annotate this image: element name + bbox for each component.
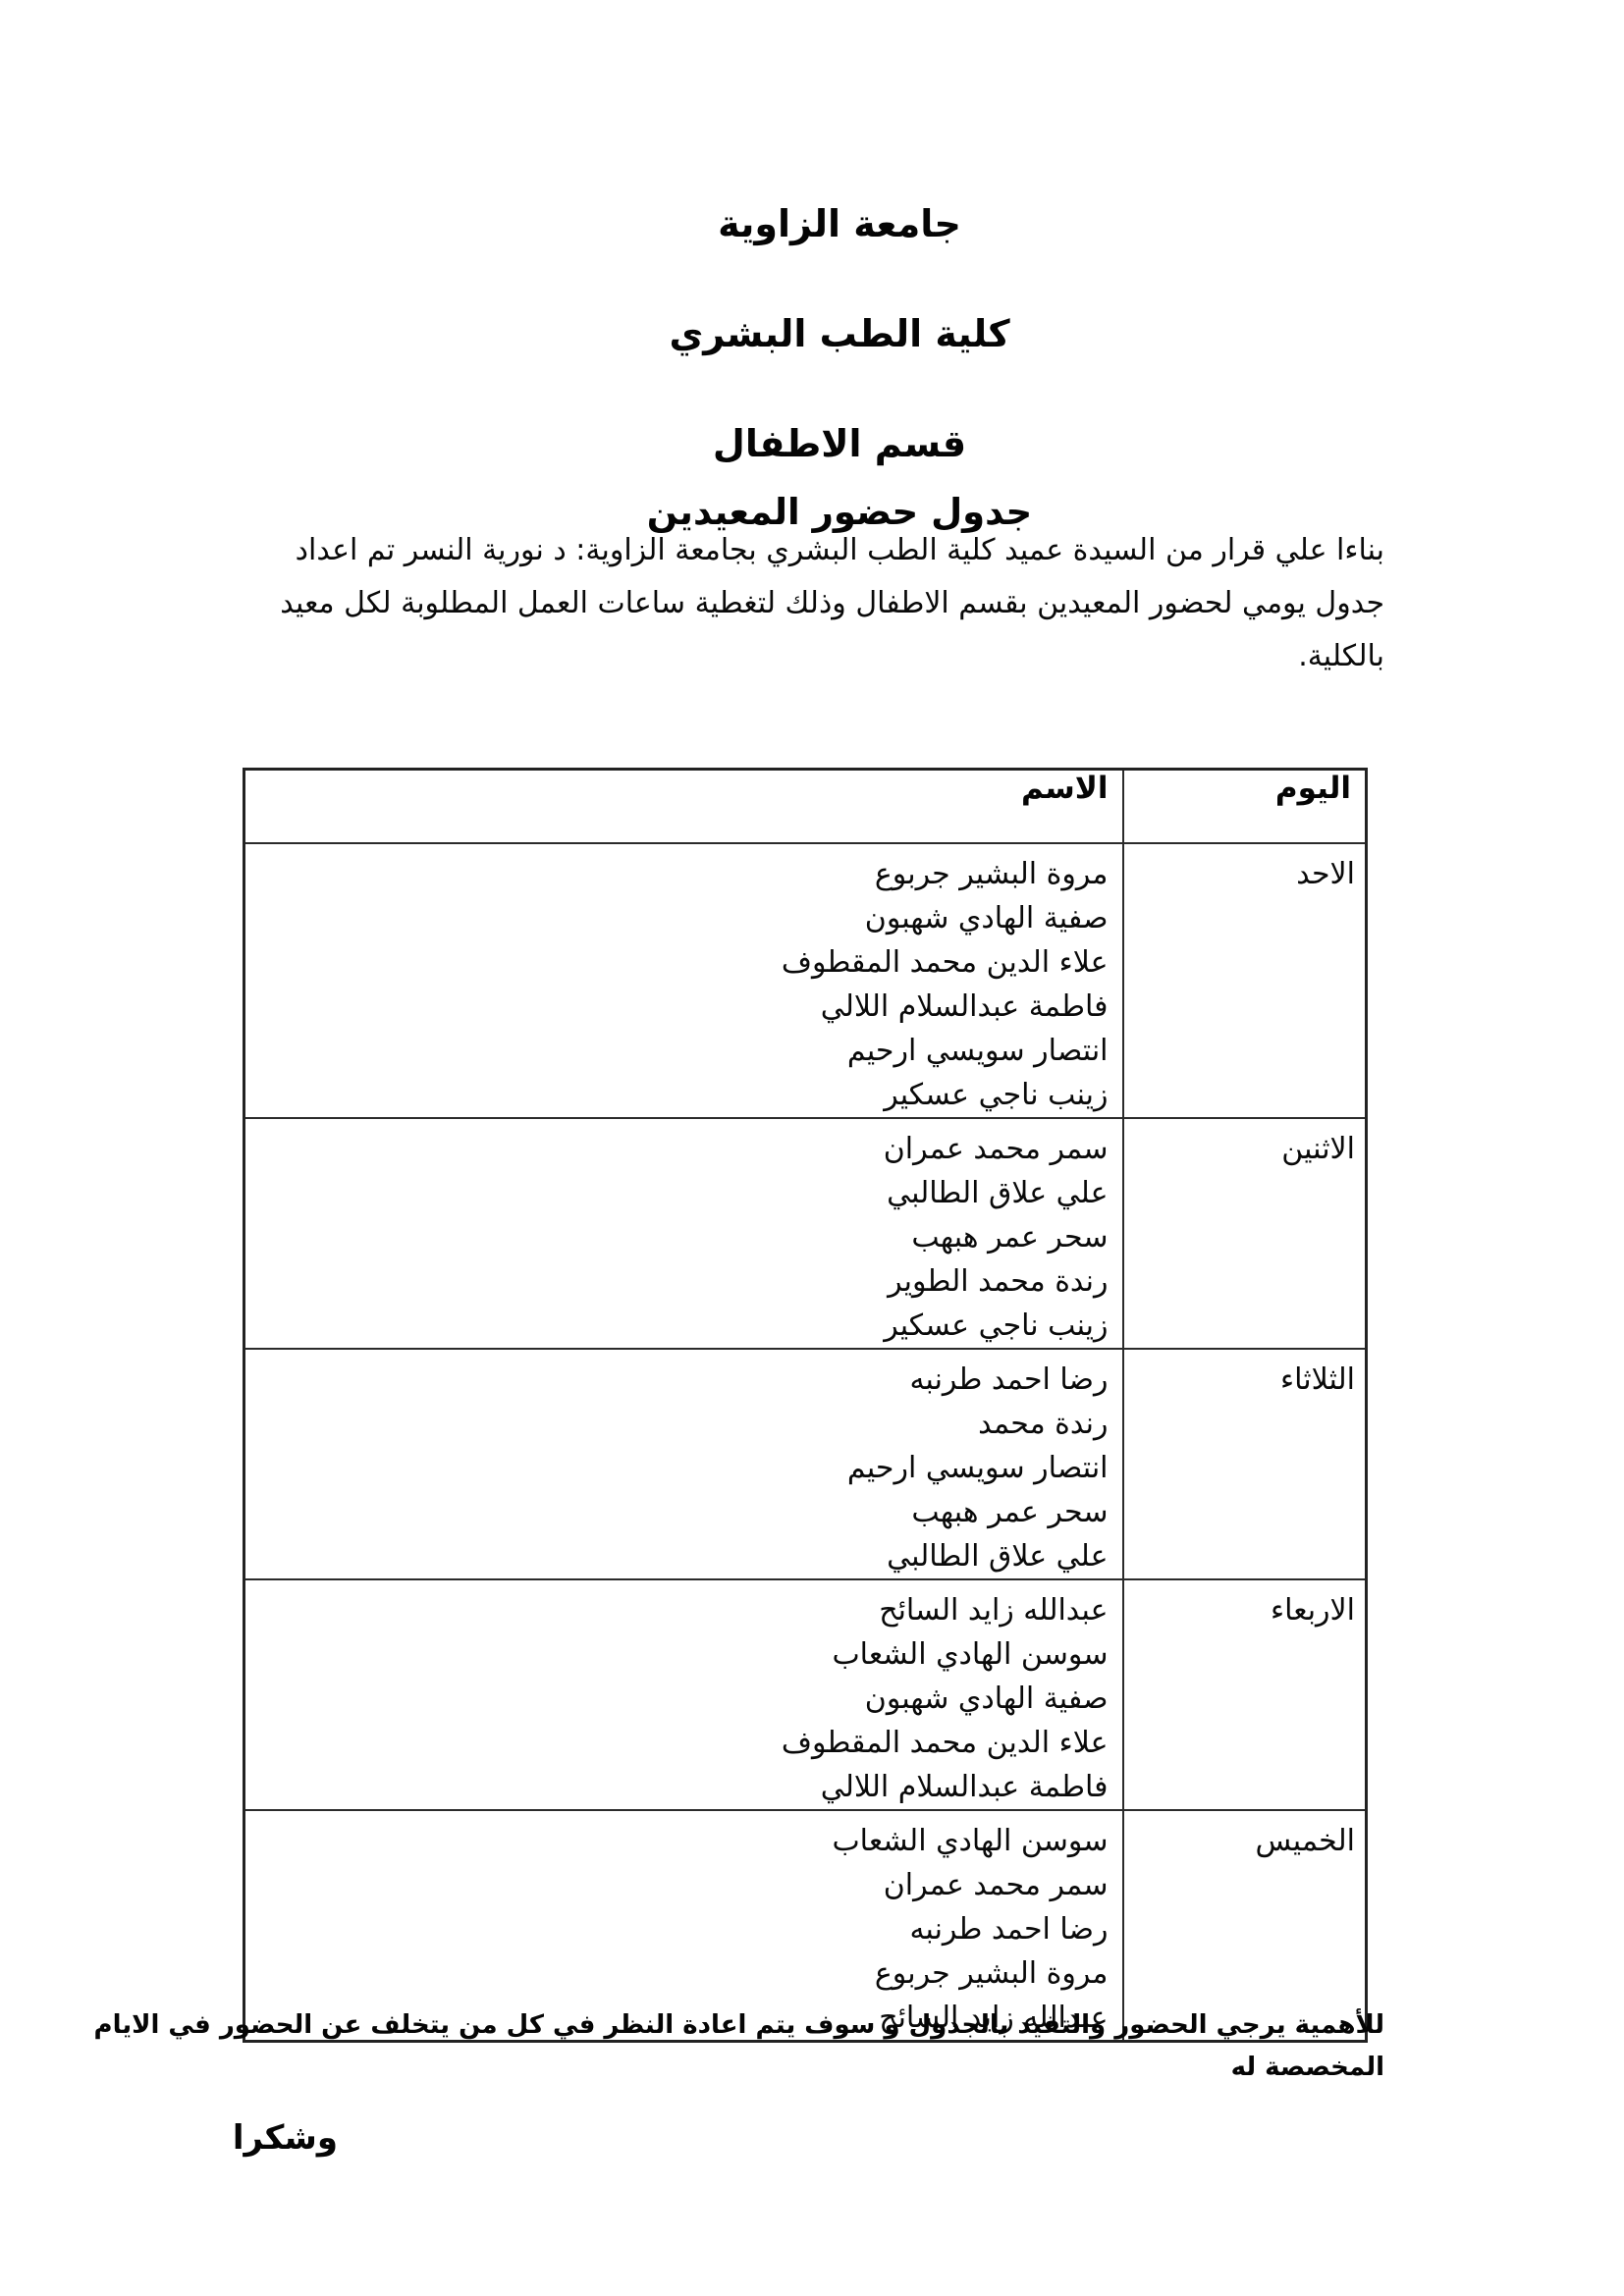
assistant-name: رندة محمد الطوير — [245, 1259, 1109, 1304]
name-column-header: الاسم — [244, 770, 1123, 843]
department-title: قسم الاطفال — [245, 422, 1434, 465]
warning-line-1: للأهمية يرجي الحضور والتقيد بالجدول و سو… — [147, 2004, 1384, 2047]
intro-line-1: بناءا علي قرار من السيدة عميد كلية الطب … — [216, 524, 1384, 577]
assistant-name: رضا احمد طرنبه — [245, 1907, 1109, 1951]
document-page: { "titles": [ "جامعة الزاوية", "كلية الط… — [0, 0, 1624, 2296]
assistant-name: رندة محمد — [245, 1402, 1109, 1446]
day-cell-tuesday: الثلاثاء — [1123, 1349, 1367, 1579]
assistant-name: علي علاق الطالبي — [245, 1171, 1109, 1215]
table-row-wednesday: الاربعاء عبدالله زايد السائح سوسن الهادي… — [244, 1579, 1367, 1810]
warning-line-2: المخصصة له — [147, 2047, 1384, 2089]
table-header-row: اليوم الاسم — [244, 770, 1367, 843]
faculty-title: كلية الطب البشري — [245, 312, 1434, 355]
attendance-warning-note: للأهمية يرجي الحضور والتقيد بالجدول و سو… — [147, 2004, 1384, 2089]
day-cell-monday: الاثنين — [1123, 1118, 1367, 1349]
assistant-name: سحر عمر هبهب — [245, 1490, 1109, 1534]
assistant-name: رضا احمد طرنبه — [245, 1358, 1109, 1402]
assistant-name: زينب ناجي عسكير — [245, 1073, 1109, 1117]
names-cell-tuesday: رضا احمد طرنبه رندة محمد انتصار سويسي ار… — [244, 1349, 1123, 1579]
intro-line-2: جدول يومي لحضور المعيدين بقسم الاطفال وذ… — [216, 577, 1384, 630]
names-cell-wednesday: عبدالله زايد السائح سوسن الهادي الشعاب ص… — [244, 1579, 1123, 1810]
assistant-name: علاء الدين محمد المقطوف — [245, 1721, 1109, 1765]
names-cell-monday: سمر محمد عمران علي علاق الطالبي سحر عمر … — [244, 1118, 1123, 1349]
assistant-name: سوسن الهادي الشعاب — [245, 1632, 1109, 1677]
assistant-name: سمر محمد عمران — [245, 1863, 1109, 1907]
assistant-name: انتصار سويسي ارحيم — [245, 1446, 1109, 1490]
assistant-name: صفية الهادي شهبون — [245, 1677, 1109, 1721]
university-title: جامعة الزاوية — [245, 202, 1434, 245]
assistant-name: سمر محمد عمران — [245, 1127, 1109, 1171]
names-cell-sunday: مروة البشير جربوع صفية الهادي شهبون علاء… — [244, 843, 1123, 1118]
day-cell-wednesday: الاربعاء — [1123, 1579, 1367, 1810]
assistant-name: سوسن الهادي الشعاب — [245, 1819, 1109, 1863]
intro-line-3: بالكلية. — [216, 630, 1384, 683]
table-row-sunday: الاحد مروة البشير جربوع صفية الهادي شهبو… — [244, 843, 1367, 1118]
assistant-name: زينب ناجي عسكير — [245, 1304, 1109, 1348]
assistant-name: فاطمة عبدالسلام اللالي — [245, 1765, 1109, 1809]
intro-paragraph: بناءا علي قرار من السيدة عميد كلية الطب … — [216, 524, 1384, 683]
assistant-name: انتصار سويسي ارحيم — [245, 1029, 1109, 1073]
assistant-name: سحر عمر هبهب — [245, 1215, 1109, 1259]
table-row-tuesday: الثلاثاء رضا احمد طرنبه رندة محمد انتصار… — [244, 1349, 1367, 1579]
day-cell-sunday: الاحد — [1123, 843, 1367, 1118]
assistant-name: مروة البشير جربوع — [245, 1951, 1109, 1996]
attendance-table: اليوم الاسم الاحد مروة البشير جربوع صفية… — [243, 768, 1368, 2043]
day-column-header: اليوم — [1123, 770, 1367, 843]
closing-thanks: وشكرا — [233, 2118, 338, 2158]
assistant-name: صفية الهادي شهبون — [245, 896, 1109, 940]
assistant-name: عبدالله زايد السائح — [245, 1588, 1109, 1632]
table-row-monday: الاثنين سمر محمد عمران علي علاق الطالبي … — [244, 1118, 1367, 1349]
assistant-name: علي علاق الطالبي — [245, 1534, 1109, 1578]
assistant-name: علاء الدين محمد المقطوف — [245, 940, 1109, 985]
assistant-name: فاطمة عبدالسلام اللالي — [245, 985, 1109, 1029]
assistant-name: مروة البشير جربوع — [245, 852, 1109, 896]
